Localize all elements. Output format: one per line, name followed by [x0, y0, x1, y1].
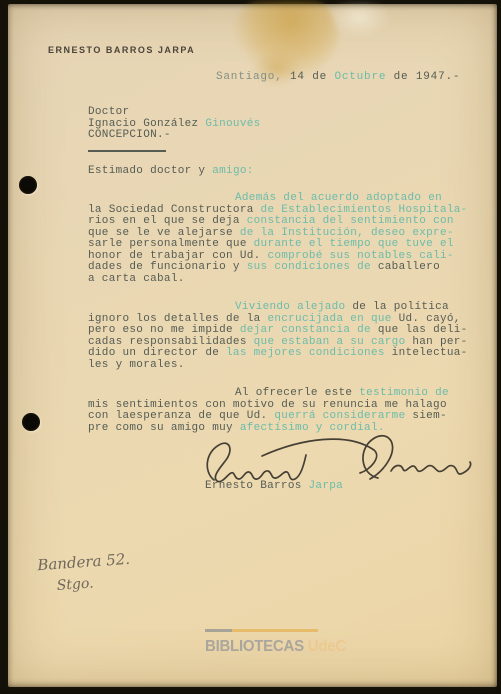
paper-light-spot: [326, 0, 392, 38]
body-paragraph-2: Viviendo alejado de la políticaignoro lo…: [88, 302, 468, 371]
dateline: Santiago, 14 de Octubre de 1947.-: [216, 72, 460, 84]
recipient-underline: [88, 150, 166, 152]
watermark-bar-gold: [232, 629, 318, 632]
scanned-letter-photo: ERNESTO BARROS JARPA Santiago, 14 de Oct…: [0, 0, 501, 694]
typed-signature-name: Ernesto Barros Jarpa: [205, 481, 343, 493]
punch-hole-bottom: [22, 413, 40, 431]
paper-stain-large: [233, 0, 338, 78]
letterhead-name: ERNESTO BARROS JARPA: [48, 45, 195, 55]
watermark-bar: [205, 629, 318, 632]
library-watermark: BIBLIOTECAS UdeC: [205, 629, 355, 656]
watermark-text-primary: BIBLIOTECAS: [205, 638, 304, 655]
salutation: Estimado doctor y amigo:: [88, 166, 254, 178]
watermark-text-secondary: UdeC: [308, 638, 346, 655]
recipient-address-block: DoctorIgnacio González GinouvésCONCEPCIO…: [88, 107, 261, 142]
handwritten-address-note: Bandera 52. Stgo.: [37, 548, 133, 598]
watermark-text: BIBLIOTECAS UdeC: [205, 638, 346, 656]
punch-hole-top: [19, 176, 37, 194]
body-paragraph-1: Además del acuerdo adoptado enla Socieda…: [88, 193, 468, 285]
watermark-bar-grey: [205, 629, 232, 632]
